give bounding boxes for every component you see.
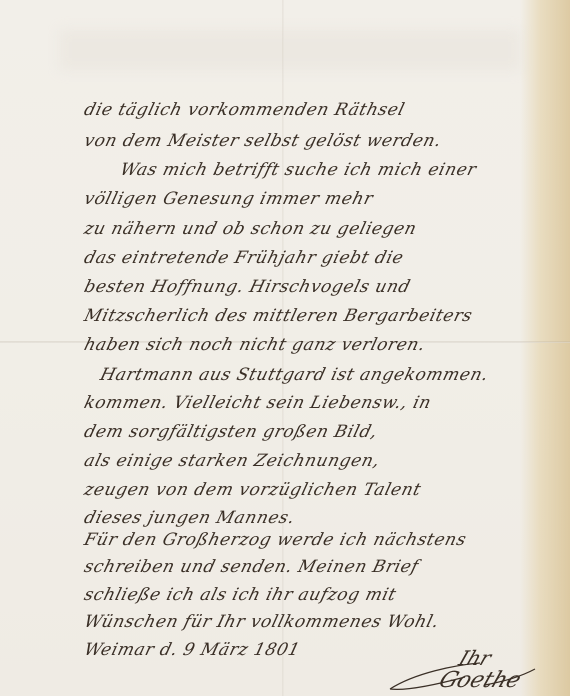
- letter-line-11: kommen. Vielleicht sein Liebensw., in: [82, 393, 433, 413]
- letter-line-19: Wünschen für Ihr vollkommenes Wohl.: [82, 612, 441, 632]
- letter-line-4: völligen Genesung immer mehr: [82, 189, 375, 209]
- letter-page: die täglich vorkommenden Räthsel von dem…: [0, 0, 570, 696]
- letter-line-15: dieses jungen Mannes.: [82, 508, 297, 528]
- letter-line-13: als einige starken Zeichnungen,: [82, 451, 382, 471]
- letter-line-5: zu nähern und ob schon zu geliegen: [82, 219, 419, 239]
- letter-line-14: zeugen von dem vorzüglichen Talent: [82, 480, 423, 500]
- letter-line-9: haben sich noch nicht ganz verloren.: [82, 335, 427, 355]
- letter-line-6: das eintretende Frühjahr giebt die: [82, 248, 406, 268]
- letter-line-16: Für den Großherzog werde ich nächstens: [82, 530, 469, 550]
- letter-line-18: schließe ich als ich ihr aufzog mit: [82, 585, 398, 605]
- letter-line-2: von dem Meister selbst gelöst werden.: [82, 131, 444, 151]
- letter-line-7: besten Hoffnung. Hirschvogels und: [82, 277, 413, 297]
- paper-shadow-band: [60, 30, 520, 70]
- letter-line-12: dem sorgfältigsten großen Bild,: [82, 422, 380, 442]
- letter-date-line: Weimar d. 9 März 1801: [82, 640, 302, 660]
- letter-line-17: schreiben und senden. Meinen Brief: [82, 557, 421, 577]
- letter-line-1: die täglich vorkommenden Räthsel: [82, 100, 407, 120]
- signature: Goethe: [435, 668, 524, 693]
- letter-line-3: Was mich betrifft suche ich mich einer: [118, 160, 479, 180]
- letter-line-8: Mitzscherlich des mittleren Bergarbeiter…: [82, 306, 475, 326]
- letter-line-10: Hartmann aus Stuttgard ist angekommen.: [98, 365, 491, 385]
